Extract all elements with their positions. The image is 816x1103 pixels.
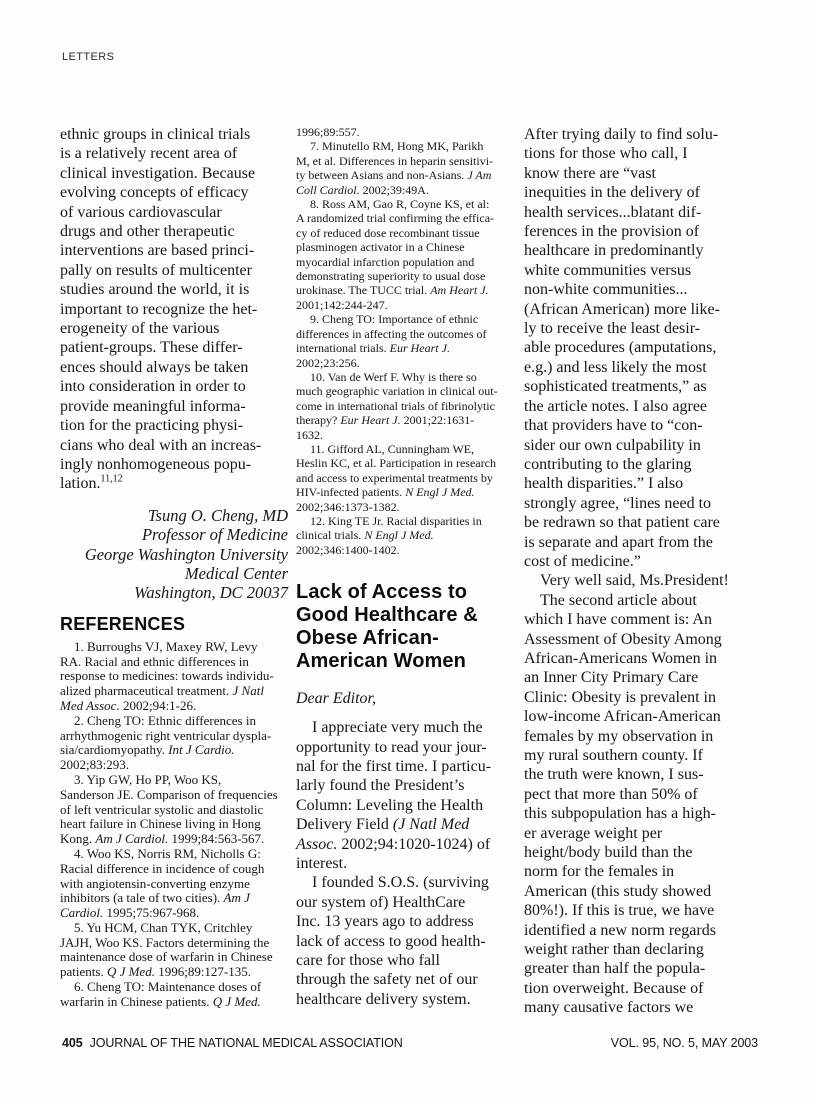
reference-item-11: 11. Gifford AL, Cunningham WE, Heslin KC… [296,442,511,514]
footer-left: 405JOURNAL OF THE NATIONAL MEDICAL ASSOC… [62,1036,403,1050]
reference-item-3: 3. Yip GW, Ho PP, Woo KS, Sanderson JE. … [60,773,288,847]
letter2-salutation: Dear Editor, [296,690,511,708]
letter2-body-continuation: After trying daily to find solu- tions f… [524,125,760,1018]
footer-volume-info: VOL. 95, NO. 5, MAY 2003 [611,1036,758,1050]
reference-item-1: 1. Burroughs VJ, Maxey RW, Levy RA. Raci… [60,640,288,714]
reference-item-6-continuation: 1996;89:557. [296,125,511,139]
letter2-paragraph-2: I founded S.O.S. (surviving our system o… [296,873,511,1009]
footer-page-number: 405 [62,1036,83,1050]
reference-item-7: 7. Minutello RM, Hong MK, Parikh M, et a… [296,139,511,197]
letter2-paragraph-1: I appreciate very much the opportunity t… [296,718,511,873]
column-1: ethnic groups in clinical trials is a re… [60,125,288,1010]
reference-item-10: 10. Van de Werf F. Why is there so much … [296,370,511,442]
journal-page: LETTERS ethnic groups in clinical trials… [0,0,816,1103]
page-footer: 405JOURNAL OF THE NATIONAL MEDICAL ASSOC… [62,1036,758,1050]
footer-journal-name: JOURNAL OF THE NATIONAL MEDICAL ASSOCIAT… [90,1036,403,1050]
section-label: LETTERS [62,51,114,63]
reference-item-12: 12. King TE Jr. Racial disparities in cl… [296,514,511,557]
reference-item-5: 5. Yu HCM, Chan TYK, Critchley JAJH, Woo… [60,921,288,980]
column-3: After trying daily to find solu- tions f… [524,125,760,1018]
reference-item-8: 8. Ross AM, Gao R, Coyne KS, et al: A ra… [296,197,511,312]
signature-block: Tsung O. Cheng, MD Professor of Medicine… [60,506,288,603]
column-2: 1996;89:557. 7. Minutello RM, Hong MK, P… [296,125,511,1009]
letter2-title: Lack of Access to Good Healthcare & Obes… [296,581,511,673]
reference-item-6: 6. Cheng TO: Maintenance doses of warfar… [60,980,288,1010]
reference-item-9: 9. Cheng TO: Importance of ethnic differ… [296,312,511,370]
three-column-layout: ethnic groups in clinical trials is a re… [60,125,760,1018]
references-heading: REFERENCES [60,613,288,635]
letter1-body-continuation: ethnic groups in clinical trials is a re… [60,125,288,494]
reference-item-2: 2. Cheng TO: Ethnic differences in arrhy… [60,714,288,773]
reference-item-4: 4. Woo KS, Norris RM, Nicholls G: Racial… [60,847,288,921]
